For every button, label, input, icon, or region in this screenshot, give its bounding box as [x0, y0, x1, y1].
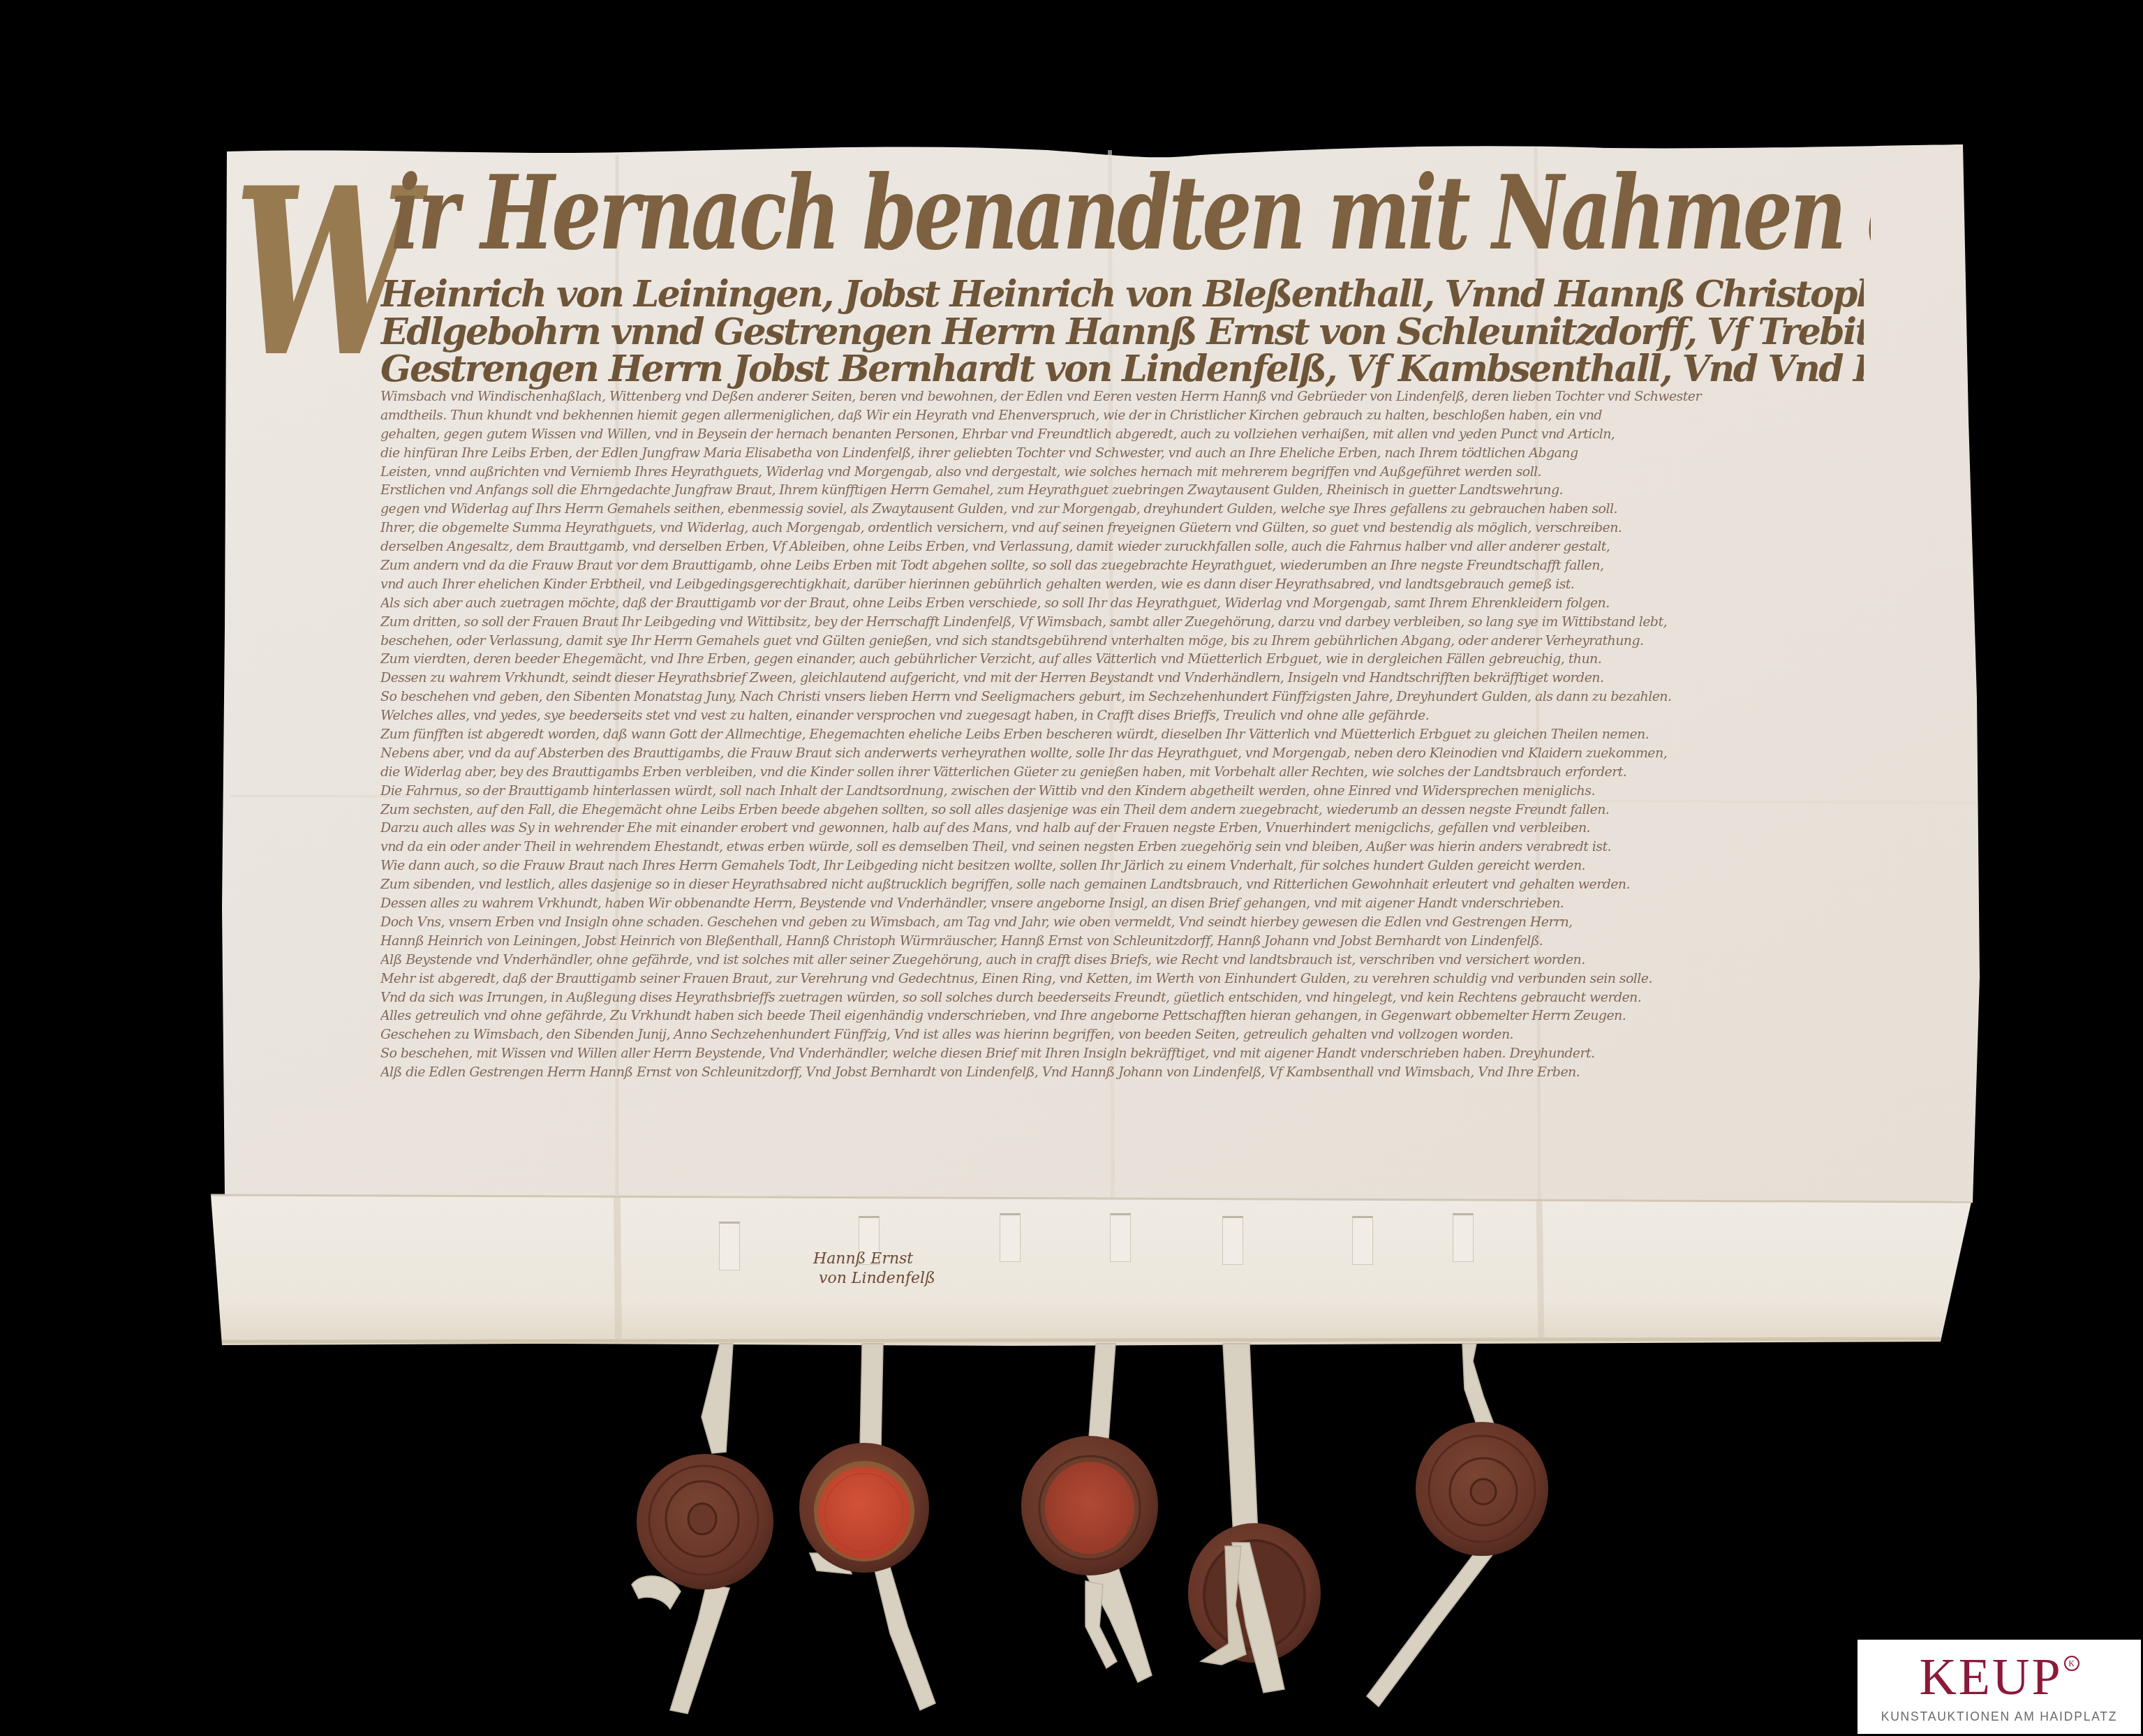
text-line: Doch Vns, vnsern Erben vnd Insigln ohne …	[380, 913, 1864, 932]
text-line: Zum andern vnd da die Frauw Braut vor de…	[380, 556, 1864, 575]
text-line: Zum fünfften ist abgeredt worden, daß wa…	[380, 725, 1864, 744]
logo-brand: KEUPK	[1857, 1652, 2141, 1703]
seal-1	[637, 1454, 773, 1589]
seal-3	[1021, 1436, 1158, 1575]
text-line: Ihrer, die obgemelte Summa Heyrathguets,…	[380, 519, 1864, 537]
text-line: So beschehen vnd geben, den Sibenten Mon…	[380, 688, 1864, 706]
text-line: vnd da ein oder ander Theil in wehrendem…	[380, 838, 1864, 856]
text-line: Alß Beystende vnd Vnderhändler, ohne gef…	[380, 951, 1864, 970]
text-line: gehalten, gegen gutem Wissen vnd Willen,…	[380, 425, 1864, 444]
text-line: Nebens aber, vnd da auf Absterben des Br…	[380, 744, 1864, 763]
text-line: vnd auch Ihrer ehelichen Kinder Erbtheil…	[380, 575, 1864, 594]
logo-brand-text: KEUP	[1919, 1649, 2062, 1706]
text-line: Dessen alles zu wahrem Vrkhundt, haben W…	[380, 894, 1864, 913]
text-line: derselben Angesaltz, dem Brauttgamb, vnd…	[380, 537, 1864, 556]
text-line: Zum vierdten, deren beeder Ehegemächt, v…	[380, 650, 1864, 669]
seal-slit-4	[1110, 1213, 1131, 1262]
text-line: gegen vnd Widerlag auf Ihrs Herrn Gemahe…	[380, 500, 1864, 519]
text-line: Zum sibenden, vnd lestlich, alles dasjen…	[380, 875, 1864, 894]
decorated-initial: W	[234, 157, 341, 394]
text-line: Erstlichen vnd Anfangs soll die Ehrngeda…	[380, 481, 1864, 500]
text-line: Geschehen zu Wimsbach, den Sibenden Juni…	[380, 1025, 1864, 1044]
text-line: Wie dann auch, so die Frauw Braut nach I…	[380, 856, 1864, 875]
text-line: Darzu auch alles was Sy in wehrender Ehe…	[380, 819, 1864, 838]
signature-line-1: Hannß Ernst	[813, 1249, 939, 1269]
header-line-3: Edlgebohrn vnnd Gestrengen Herrn Hannß E…	[380, 312, 1864, 353]
charter-body-text: Wimsbach vnd Windischenhaßlach, Wittenbe…	[380, 387, 1864, 1085]
text-line: beschehen, oder Verlassung, damit sye Ih…	[380, 632, 1864, 651]
text-line: Zum dritten, so soll der Frauen Braut Ih…	[380, 613, 1864, 632]
text-line: Die Fahrnus, so der Brauttigamb hinterla…	[380, 782, 1864, 801]
text-line: Hannß Heinrich von Leiningen, Jobst Hein…	[380, 932, 1864, 951]
text-line: Vnd Hannß Christoph Würmräuscher, als Be…	[380, 1082, 1864, 1085]
text-line: Zum sechsten, auf den Fall, die Ehegemäc…	[380, 801, 1864, 819]
text-line: die Widerlag aber, bey des Brauttigambs …	[380, 763, 1864, 782]
seal-2	[799, 1443, 929, 1573]
seal-slit-7	[1453, 1213, 1474, 1262]
text-line: Dessen zu wahrem Vrkhundt, seindt dieser…	[380, 669, 1864, 688]
keup-logo: KEUPK KUNSTAUKTIONEN AM HAIDPLATZ	[1857, 1640, 2141, 1734]
text-line: Wimsbach vnd Windischenhaßlach, Wittenbe…	[380, 387, 1864, 406]
registered-mark-icon: K	[2064, 1656, 2079, 1671]
header-line-4: Gestrengen Herrn Jobst Bernhardt von Lin…	[380, 349, 1864, 390]
header-line-2: Heinrich von Leiningen, Jobst Heinrich v…	[380, 274, 1864, 315]
seal-slit-3	[1000, 1213, 1021, 1262]
text-line: Vnd da sich was Irrungen, in Außlegung d…	[380, 988, 1864, 1007]
seal-slit-5	[1222, 1216, 1243, 1265]
signature-line-2: von Lindenfelß	[813, 1269, 939, 1289]
seal-slit-6	[1352, 1216, 1373, 1265]
logo-tagline: KUNSTAUKTIONEN AM HAIDPLATZ	[1857, 1709, 2141, 1723]
charter-photograph: W ir Hernach benandten mit Nahmen die Ho…	[0, 0, 2143, 1736]
fold-signature: Hannß Ernst von Lindenfelß	[813, 1249, 939, 1298]
text-line: amdtheils. Thun khundt vnd bekhennen hie…	[380, 406, 1864, 425]
parchment-fold	[211, 1195, 1971, 1346]
text-line: Alles getreulich vnd ohne gefährde, Zu V…	[380, 1007, 1864, 1025]
seal-slit-1	[719, 1222, 740, 1270]
text-line: Leisten, vnnd außrichten vnd Verniemb Ih…	[380, 463, 1864, 482]
text-line: Alß die Edlen Gestrengen Herrn Hannß Ern…	[380, 1063, 1864, 1082]
seal-5	[1416, 1422, 1548, 1556]
text-line: So beschehen, mit Wissen vnd Willen alle…	[380, 1044, 1864, 1063]
text-line: Mehr ist abgeredt, daß der Brauttigamb s…	[380, 970, 1864, 988]
text-line: Als sich aber auch zuetragen möchte, daß…	[380, 594, 1864, 613]
seal-4	[1188, 1523, 1321, 1693]
text-line: Welches alles, vnd yedes, sye beederseit…	[380, 706, 1864, 725]
text-line: die hinfüran Ihre Leibs Erben, der Edlen…	[380, 444, 1864, 463]
